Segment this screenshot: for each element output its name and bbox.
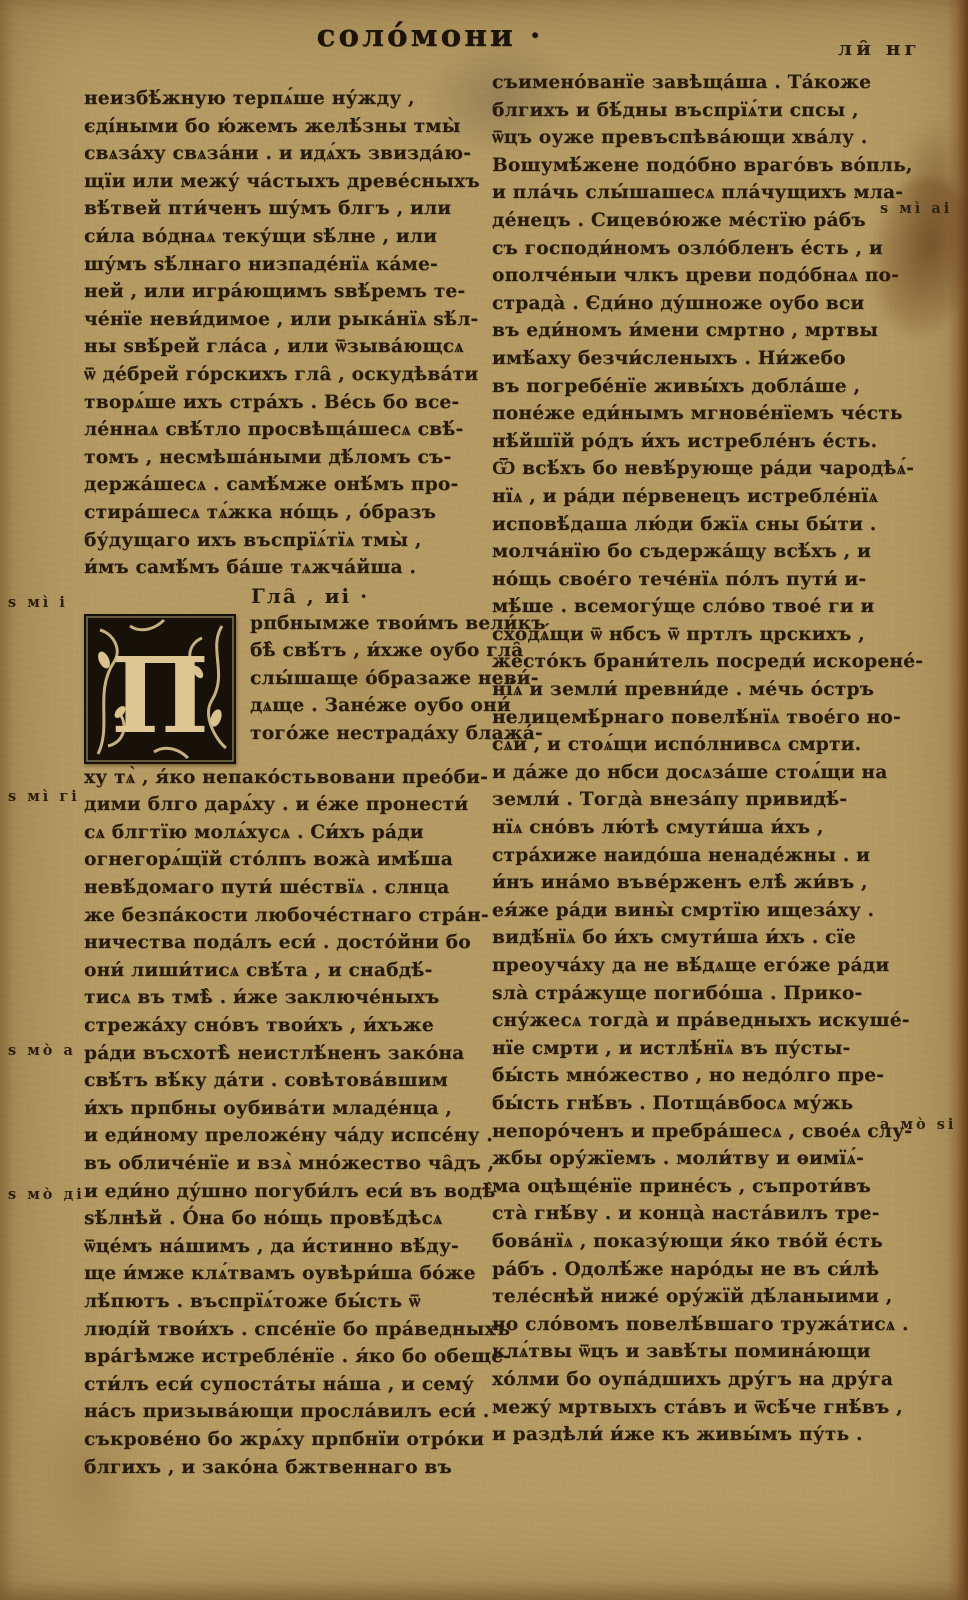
- text-line: и́мъ самѣ́мъ ба́ше тѧжча́йша .: [84, 554, 476, 582]
- text-line: бы́сть гнѣ́въ . Потща́вбосѧ му́жь: [492, 1090, 884, 1118]
- text-line: нѣ́йшїй ро́дъ и́хъ истребле́нъ е́сть.: [492, 428, 884, 456]
- text-line: держа́шесѧ . самѣ́мже онѣ́мъ про-: [84, 471, 476, 499]
- text-line: и еди́но ду́шно погуби́лъ еси́ въ водѣ̀: [84, 1178, 476, 1206]
- text-line: сходѧ́щи ѿ нбсъ ѿ пртлъ црскихъ ,: [492, 621, 884, 649]
- text-line: вра́гѣмже истребле́нїе . я́ко бо обеще-: [84, 1343, 476, 1371]
- text-line: ней , или игра́ющимъ ѕвѣ́ремъ те-: [84, 278, 476, 306]
- text-line: вѣ́твей пти́ченъ шу́мъ блгъ , или: [84, 195, 476, 223]
- right-column: съимено́ванїе завѣща́ша . Та́кожеблгихъ …: [492, 69, 884, 1449]
- page-edge-right: [948, 0, 968, 1600]
- text-line: съкрове́но бо жрѧ́ху прпбнїи отро́ки: [84, 1426, 476, 1454]
- text-line: стра́хиже наидо́ша ненаде́жны . и: [492, 842, 884, 870]
- text-line: хо́лми бо оупа́дшихъ дру́гъ на дру́га: [492, 1366, 884, 1394]
- text-line: и пла́чь слы́шашесѧ пла́чущихъ мла-: [492, 179, 884, 207]
- text-line: єді́ными бо ю́жемъ желѣ́зны тмы̀: [84, 113, 476, 141]
- text-line: щїи или межу́ ча́стыхъ древе́сныхъ: [84, 168, 476, 196]
- margin-note: а мо̀ ѕі: [880, 1116, 956, 1133]
- text-line: и раздѣли́ и́же къ живы́мъ пу́ть .: [492, 1421, 884, 1449]
- text-line: ѿце́мъ на́шимъ , да и́стинно вѣ́ду-: [84, 1233, 476, 1261]
- text-line: ѿ де́брей го́рскихъ гла̑ , оскудѣва́ти: [84, 361, 476, 389]
- text-line: Вошумѣ́жене подо́бно враго́въ во́пль,: [492, 152, 884, 180]
- text-line: сѧ́и , и стоѧ́щи испо́лнивсѧ смрти.: [492, 731, 884, 759]
- text-line: ста̀ гнѣ́ву . и конца̀ наста́вилъ тре-: [492, 1200, 884, 1228]
- text-line: межу́ мртвыхъ ста́въ и ѿсѣ́че гнѣ́въ ,: [492, 1394, 884, 1422]
- text-line: томъ , несмѣша́ными дѣ́ломъ съ-: [84, 444, 476, 472]
- text-line: ма оцѣще́нїе прине́съ , съпроти́въ: [492, 1173, 884, 1201]
- text-line: нїѧ и земли́ превни́де . ме́чь о́стръ: [492, 676, 884, 704]
- text-line: неизбѣ́жную терпѧ́ше ну́жду ,: [84, 85, 476, 113]
- text-line: и еди́ному преложе́ну ча́ду испсе́ну .: [84, 1122, 476, 1150]
- text-line: блгихъ , и зако́на бжтвеннаго въ: [84, 1454, 476, 1482]
- text-line: мѣ́ше . всемогу́ще сло́во твое́ ги и: [492, 593, 884, 621]
- text-line: че́нїе неви́димое , или рыка́нїѧ ѕѣ́л-: [84, 306, 476, 334]
- page-edge-bottom: [0, 1580, 968, 1600]
- text-line: въ еди́номъ и́мени смртно , мртвы: [492, 317, 884, 345]
- text-line: де́нецъ . Сицево́юже ме́стїю ра́бъ: [492, 207, 884, 235]
- text-line: нїѧ сно́въ лю́тѣ смути́ша и́хъ ,: [492, 814, 884, 842]
- text-line: ѕѣ́лнѣй . О́на бо но́щь провѣ́дѣсѧ: [84, 1205, 476, 1233]
- text-line: ополче́ныи члкъ цреви подо́бнаѧ по-: [492, 262, 884, 290]
- text-line: шу́мъ ѕѣ́лнаго низпаде́нїѧ ка́ме-: [84, 251, 476, 279]
- text-line: нїѧ , и ра́ди пе́рвенецъ истребле́нїѧ: [492, 483, 884, 511]
- text-line: ле́ннаѧ свѣ́тло просвѣща́шесѧ свѣ́-: [84, 416, 476, 444]
- text-line: дими блго дарѧ́ху . и е́же пронести́: [84, 791, 476, 819]
- text-line: ра́ди въсхотѣ̀ неистлѣ́ненъ зако́на: [84, 1040, 476, 1068]
- text-line: поне́же еди́нымъ мгнове́нїемъ че́сть: [492, 400, 884, 428]
- text-line: бы́сть мно́жество , но недо́лго пре-: [492, 1062, 884, 1090]
- left-column-upper-lines: неизбѣ́жную терпѧ́ше ну́жду ,єді́ными бо…: [84, 85, 476, 582]
- margin-note: ѕ мо̀ а: [8, 1042, 76, 1059]
- text-line: съ господи́номъ озло́бленъ е́сть , и: [492, 235, 884, 263]
- text-line: земли́ . Тогда̀ внеза́пу привидѣ́-: [492, 786, 884, 814]
- text-line: ѕла̀ стра́жуще погибо́ша . Прико-: [492, 980, 884, 1008]
- margin-note: ѕ мо̀ ді: [8, 1186, 85, 1203]
- text-line: огнегорѧ́щїй сто́лпъ вожа̀ имѣ́ша: [84, 846, 476, 874]
- initial-row: П рпбнымже твои́мъ вели́къбѣ̀ свѣ́тъ , и…: [84, 610, 476, 764]
- chapter-heading: Гла̑ , иі ·: [84, 582, 476, 610]
- text-line: си́ла во́днаѧ теку́щи ѕѣ́лне , или: [84, 223, 476, 251]
- running-title: соло́мони ·: [250, 18, 610, 54]
- margin-note: ѕ мі̀ і: [8, 594, 68, 611]
- text-line: съимено́ванїе завѣща́ша . Та́коже: [492, 69, 884, 97]
- text-line: сти́лъ еси́ супоста́ты на́ша , и сему́: [84, 1371, 476, 1399]
- text-line: ра́бъ . Одолѣ́же наро́ды не въ си́лѣ: [492, 1256, 884, 1284]
- text-line: свѣ́тъ вѣ́ку да́ти . совѣтова́вшим: [84, 1067, 476, 1095]
- margin-note: ѕ мі̀ аі: [880, 200, 952, 217]
- text-line: преоуча́ху да не вѣ́дѧще его́же ра́ди: [492, 952, 884, 980]
- text-line: но сло́вомъ повелѣ́вшаго тружа́тисѧ .: [492, 1311, 884, 1339]
- text-line: свѧза́ху свѧза́ни . и идѧ́хъ звизда́ю-: [84, 140, 476, 168]
- text-line: бова́нїѧ , показу́ющи я́ко тво́й е́сть: [492, 1228, 884, 1256]
- text-line: ще и́мже клѧ́твамъ оувѣри́ша бо́же: [84, 1260, 476, 1288]
- text-line: въ погребе́нїе живы́хъ добла́ше ,: [492, 373, 884, 401]
- text-line: нїе смрти , и истлѣ́нїѧ въ пу́сты-: [492, 1035, 884, 1063]
- left-column-lower-lines: ху тѧ̀ , я́ко непако́стьвовани прео́би-д…: [84, 764, 476, 1481]
- left-column: неизбѣ́жную терпѧ́ше ну́жду ,єді́ными бо…: [84, 85, 476, 1481]
- text-line: они́ лиши́тисѧ свѣ́та , и снабдѣ́-: [84, 957, 476, 985]
- text-line: творѧ́ше ихъ стра́хъ . Ве́сь бо все-: [84, 389, 476, 417]
- text-line: ея́же ра́ди вины̀ смртїю ищеза́ху .: [492, 897, 884, 925]
- text-line: люді́й твои́хъ . спсе́нїе бо пра́ведныхъ: [84, 1316, 476, 1344]
- text-line: же безпа́кости любоче́стнаго стра́н-: [84, 902, 476, 930]
- text-line: непоро́ченъ и пребра́шесѧ , свое́ѧ слу-: [492, 1118, 884, 1146]
- right-column-lines: съимено́ванїе завѣща́ша . Та́кожеблгихъ …: [492, 69, 884, 1449]
- brown-stain-faint: [900, 120, 968, 240]
- text-line: въ обличе́нїе и взѧ̀ мно́жество ча̑дъ ,: [84, 1150, 476, 1178]
- text-line: и́нъ ина́мо въве́рженъ елѣ̀ жи́въ ,: [492, 869, 884, 897]
- text-line: ны ѕвѣ́рей гла́са , или ѿзыва́ющсѧ: [84, 333, 476, 361]
- text-line: теле́снѣй ниже́ ору́жїй дѣ́ланыими ,: [492, 1283, 884, 1311]
- decorative-initial-woodcut: П: [84, 614, 236, 764]
- text-line: стира́шесѧ тѧ́жка но́щь , о́бразъ: [84, 499, 476, 527]
- text-line: тисѧ въ тмѣ̀ . и́же заключе́ныхъ: [84, 984, 476, 1012]
- text-line: видѣ́нїѧ бо и́хъ смути́ша и́хъ . сїе: [492, 924, 884, 952]
- text-line: нелицемѣ́рнаго повелѣ́нїѧ твое́го но-: [492, 704, 884, 732]
- initial-letter: П: [111, 634, 209, 757]
- folio-number: ли̑ нг: [838, 36, 921, 60]
- text-line: молча́нїю бо съдержа́щу всѣ́хъ , и: [492, 538, 884, 566]
- text-line: но́щь свое́го тече́нїѧ по́лъ пути́ и-: [492, 566, 884, 594]
- text-line: стрежа́ху сно́въ твои́хъ , и́хъже: [84, 1012, 476, 1040]
- text-line: сѧ блгтїю молѧ́хусѧ . Си́хъ ра́ди: [84, 819, 476, 847]
- text-line: бу́дущаго ихъ въспрїѧ́тїѧ тмы̀ ,: [84, 527, 476, 555]
- text-line: ѿцъ оуже превъспѣва́ющи хва́лу .: [492, 124, 884, 152]
- text-line: невѣ́домаго пути́ ше́ствїѧ . слнца: [84, 874, 476, 902]
- text-line: и да́же до нбси досѧза́ше стоѧ́щи на: [492, 759, 884, 787]
- text-line: Ѿ всѣ́хъ бо невѣ́рующе ра́ди чародѣѧ́-: [492, 455, 884, 483]
- margin-note: ѕ мі̀ гі: [8, 788, 80, 805]
- text-line: блгихъ и бѣ́дны въспрїѧ́ти спсы ,: [492, 97, 884, 125]
- text-line: жесто́къ брани́тель посреди́ искорене́-: [492, 648, 884, 676]
- manuscript-page: соло́мони · ли̑ нг неизбѣ́жную терпѧ́ше …: [0, 0, 968, 1600]
- text-line: клѧ́твы ѿцъ и завѣ́ты помина́ющи: [492, 1338, 884, 1366]
- text-line: жбы ору́жїемъ . моли́тву и ѳимїѧ́-: [492, 1145, 884, 1173]
- text-line: лѣ́пютъ . въспрїѧ́тоже бы́сть ѿ: [84, 1288, 476, 1316]
- text-line: страда̀ . Єди́но ду́шноже оубо вси: [492, 290, 884, 318]
- text-line: сну́жесѧ тогда̀ и пра́ведныхъ искуше́-: [492, 1007, 884, 1035]
- text-line: исповѣ́даша лю́ди бжїѧ сны бы́ти .: [492, 511, 884, 539]
- text-line: на́съ призыва́ющи просла́вилъ еси́ .: [84, 1398, 476, 1426]
- text-line: ничества пода́лъ еси́ . досто́йни бо: [84, 929, 476, 957]
- text-line: ху тѧ̀ , я́ко непако́стьвовани прео́би-: [84, 764, 476, 792]
- text-line: имѣ́аху безчи́сленыхъ . Ни́жебо: [492, 345, 884, 373]
- text-line: и́хъ прпбны оубива́ти младе́нца ,: [84, 1095, 476, 1123]
